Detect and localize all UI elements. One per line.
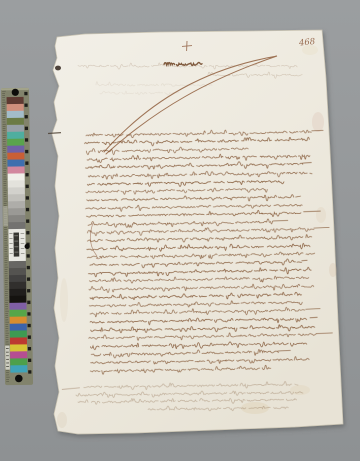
color-patch <box>9 289 26 296</box>
manuscript-photo: 468 <box>0 0 360 461</box>
color-patch <box>7 139 24 146</box>
color-patch <box>7 97 24 104</box>
color-patch <box>7 146 24 153</box>
color-patch <box>9 261 26 268</box>
color-patch <box>8 222 25 229</box>
color-patch <box>10 358 27 365</box>
color-patch <box>7 104 24 111</box>
photo-stage: 468 <box>0 0 360 461</box>
color-patch <box>8 194 25 201</box>
strip-side-label <box>3 206 8 226</box>
color-calibration-strip <box>1 88 33 385</box>
color-patch <box>10 351 27 358</box>
strip-side-label <box>5 346 10 370</box>
color-patch <box>7 111 24 118</box>
color-patch <box>10 323 27 330</box>
color-patch <box>8 180 25 187</box>
folio-number: 468 <box>298 37 317 49</box>
color-patch <box>10 365 27 372</box>
color-patch <box>9 303 26 310</box>
color-patch <box>8 166 25 173</box>
edge-dash <box>48 133 61 134</box>
color-patch <box>8 173 25 180</box>
color-patch <box>7 152 24 159</box>
color-patch <box>10 344 27 351</box>
color-patch <box>10 310 27 317</box>
color-patch <box>8 215 25 222</box>
color-patch <box>8 187 25 194</box>
color-patch <box>10 337 27 344</box>
color-patch <box>7 125 24 132</box>
color-patch <box>8 208 25 215</box>
color-patch <box>8 201 25 208</box>
color-patch <box>10 330 27 337</box>
color-patch <box>9 268 26 275</box>
color-patch <box>9 275 26 282</box>
color-patch <box>7 118 24 125</box>
color-patch <box>9 282 26 289</box>
color-patch <box>7 159 24 166</box>
color-patch <box>9 296 26 303</box>
color-patch <box>7 132 24 139</box>
ink-blot <box>55 66 61 71</box>
color-patch <box>10 317 27 324</box>
